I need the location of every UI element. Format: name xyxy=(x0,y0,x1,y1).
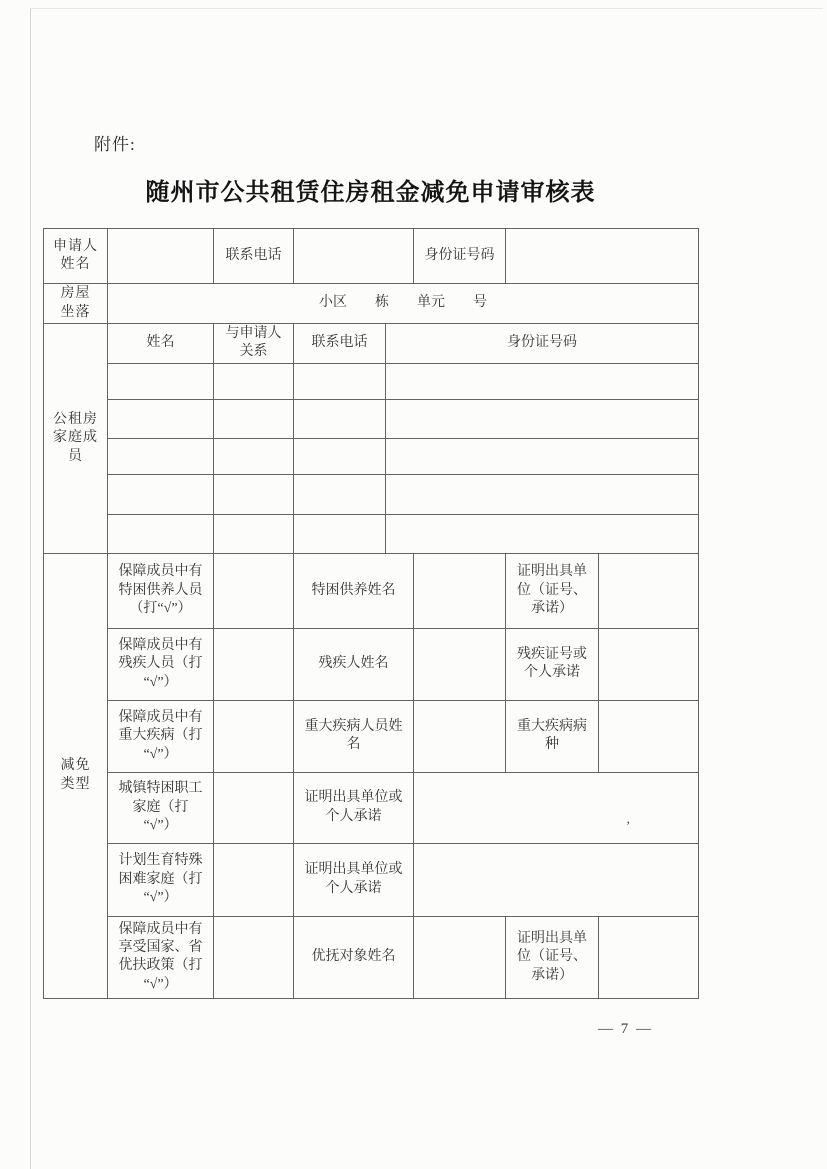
application-form-table: 申请人 姓名 联系电话 身份证号码 房屋 坐落 小区 栋 单元 号 公租房 家庭… xyxy=(43,228,699,999)
reduction-right-value-cell xyxy=(599,700,699,772)
reduction-right-label: 证明出具单 位（证号、 承诺） xyxy=(506,553,599,628)
page-title: 随州市公共租赁住房租金减免申请审核表 xyxy=(43,172,698,207)
family-name-cell xyxy=(108,363,214,399)
reduction-merged-value-cell xyxy=(414,843,699,916)
reduction-check-cell xyxy=(214,700,294,772)
family-row xyxy=(44,514,699,553)
reduction-right-label: 证明出具单 位（证号、 承诺） xyxy=(506,916,599,998)
applicant-phone-value-cell xyxy=(294,229,414,284)
applicant-phone-label: 联系电话 xyxy=(214,229,294,284)
family-id-cell xyxy=(386,514,699,553)
address-row: 房屋 坐落 小区 栋 单元 号 xyxy=(44,284,699,324)
family-id-cell xyxy=(386,363,699,399)
reduction-check-cell xyxy=(214,628,294,700)
reduction-mid-label: 优抚对象姓名 xyxy=(294,916,414,998)
family-phone-cell xyxy=(294,474,386,514)
family-header-phone: 联系电话 xyxy=(294,324,386,364)
reduction-right-value-cell xyxy=(599,916,699,998)
reduction-mid-label: 残疾人姓名 xyxy=(294,628,414,700)
reduction-right-value-cell xyxy=(599,628,699,700)
family-section-label: 公租房 家庭成 员 xyxy=(44,324,108,554)
reduction-mid-label: 重大疾病人员姓 名 xyxy=(294,700,414,772)
family-row xyxy=(44,363,699,399)
family-header-row: 公租房 家庭成 员 姓名 与申请人 关系 联系电话 身份证号码 xyxy=(44,324,699,364)
family-header-relation: 与申请人 关系 xyxy=(214,324,294,364)
reduction-row: 保障成员中有 享受国家、省 优扶政策（打 “√”） 优抚对象姓名 证明出具单 位… xyxy=(44,916,699,998)
applicant-row: 申请人 姓名 联系电话 身份证号码 xyxy=(44,229,699,284)
reduction-right-label: 重大疾病病 种 xyxy=(506,700,599,772)
family-row xyxy=(44,474,699,514)
family-relation-cell xyxy=(214,363,294,399)
applicant-id-value-cell xyxy=(506,229,699,284)
family-phone-cell xyxy=(294,399,386,438)
family-id-cell xyxy=(386,399,699,438)
page-number: — 7 — xyxy=(598,1021,653,1038)
attachment-label: 附件: xyxy=(94,130,136,155)
family-header-id: 身份证号码 xyxy=(386,324,699,364)
reduction-mid-label: 证明出具单位或 个人承诺 xyxy=(294,843,414,916)
reduction-mid-value-cell xyxy=(414,700,506,772)
reduction-row: 城镇特困职工 家庭（打 “√”） 证明出具单位或 个人承诺 xyxy=(44,772,699,843)
family-row xyxy=(44,438,699,474)
family-phone-cell xyxy=(294,363,386,399)
family-header-name: 姓名 xyxy=(108,324,214,364)
reduction-right-label: 残疾证号或 个人承诺 xyxy=(506,628,599,700)
scan-edge-top xyxy=(30,8,823,9)
reduction-check-cell xyxy=(214,772,294,843)
reduction-mid-value-cell xyxy=(414,916,506,998)
family-relation-cell xyxy=(214,399,294,438)
reduction-type-cell: 城镇特困职工 家庭（打 “√”） xyxy=(108,772,214,843)
applicant-name-value-cell xyxy=(108,229,214,284)
applicant-name-label: 申请人 姓名 xyxy=(44,229,108,284)
address-value-cell: 小区 栋 单元 号 xyxy=(108,284,699,324)
reduction-check-cell xyxy=(214,553,294,628)
reduction-row: 计划生育特殊 困难家庭（打 “√”） 证明出具单位或 个人承诺 xyxy=(44,843,699,916)
family-name-cell xyxy=(108,438,214,474)
reduction-row: 保障成员中有 重大疾病（打 “√”） 重大疾病人员姓 名 重大疾病病 种 xyxy=(44,700,699,772)
reduction-type-cell: 保障成员中有 享受国家、省 优扶政策（打 “√”） xyxy=(108,916,214,998)
reduction-mid-label: 特困供养姓名 xyxy=(294,553,414,628)
family-name-cell xyxy=(108,474,214,514)
reduction-type-cell: 保障成员中有 特困供养人员 （打“√”） xyxy=(108,553,214,628)
reduction-mid-value-cell xyxy=(414,628,506,700)
reduction-row: 保障成员中有 残疾人员（打 “√”） 残疾人姓名 残疾证号或 个人承诺 xyxy=(44,628,699,700)
reduction-type-cell: 计划生育特殊 困难家庭（打 “√”） xyxy=(108,843,214,916)
reduction-type-cell: 保障成员中有 残疾人员（打 “√”） xyxy=(108,628,214,700)
family-name-cell xyxy=(108,514,214,553)
reduction-section-label: 减免 类型 xyxy=(44,553,108,998)
reduction-merged-value-cell xyxy=(414,772,699,843)
reduction-type-cell: 保障成员中有 重大疾病（打 “√”） xyxy=(108,700,214,772)
family-row xyxy=(44,399,699,438)
family-id-cell xyxy=(386,474,699,514)
family-relation-cell xyxy=(214,474,294,514)
family-id-cell xyxy=(386,438,699,474)
reduction-right-value-cell xyxy=(599,553,699,628)
family-phone-cell xyxy=(294,438,386,474)
address-label: 房屋 坐落 xyxy=(44,284,108,324)
family-name-cell xyxy=(108,399,214,438)
family-relation-cell xyxy=(214,438,294,474)
family-phone-cell xyxy=(294,514,386,553)
scan-edge-left xyxy=(30,8,31,1169)
stray-ink-mark: ’ xyxy=(626,818,630,834)
reduction-mid-value-cell xyxy=(414,553,506,628)
reduction-mid-label: 证明出具单位或 个人承诺 xyxy=(294,772,414,843)
family-relation-cell xyxy=(214,514,294,553)
reduction-row: 减免 类型 保障成员中有 特困供养人员 （打“√”） 特困供养姓名 证明出具单 … xyxy=(44,553,699,628)
reduction-check-cell xyxy=(214,916,294,998)
reduction-check-cell xyxy=(214,843,294,916)
applicant-id-label: 身份证号码 xyxy=(414,229,506,284)
